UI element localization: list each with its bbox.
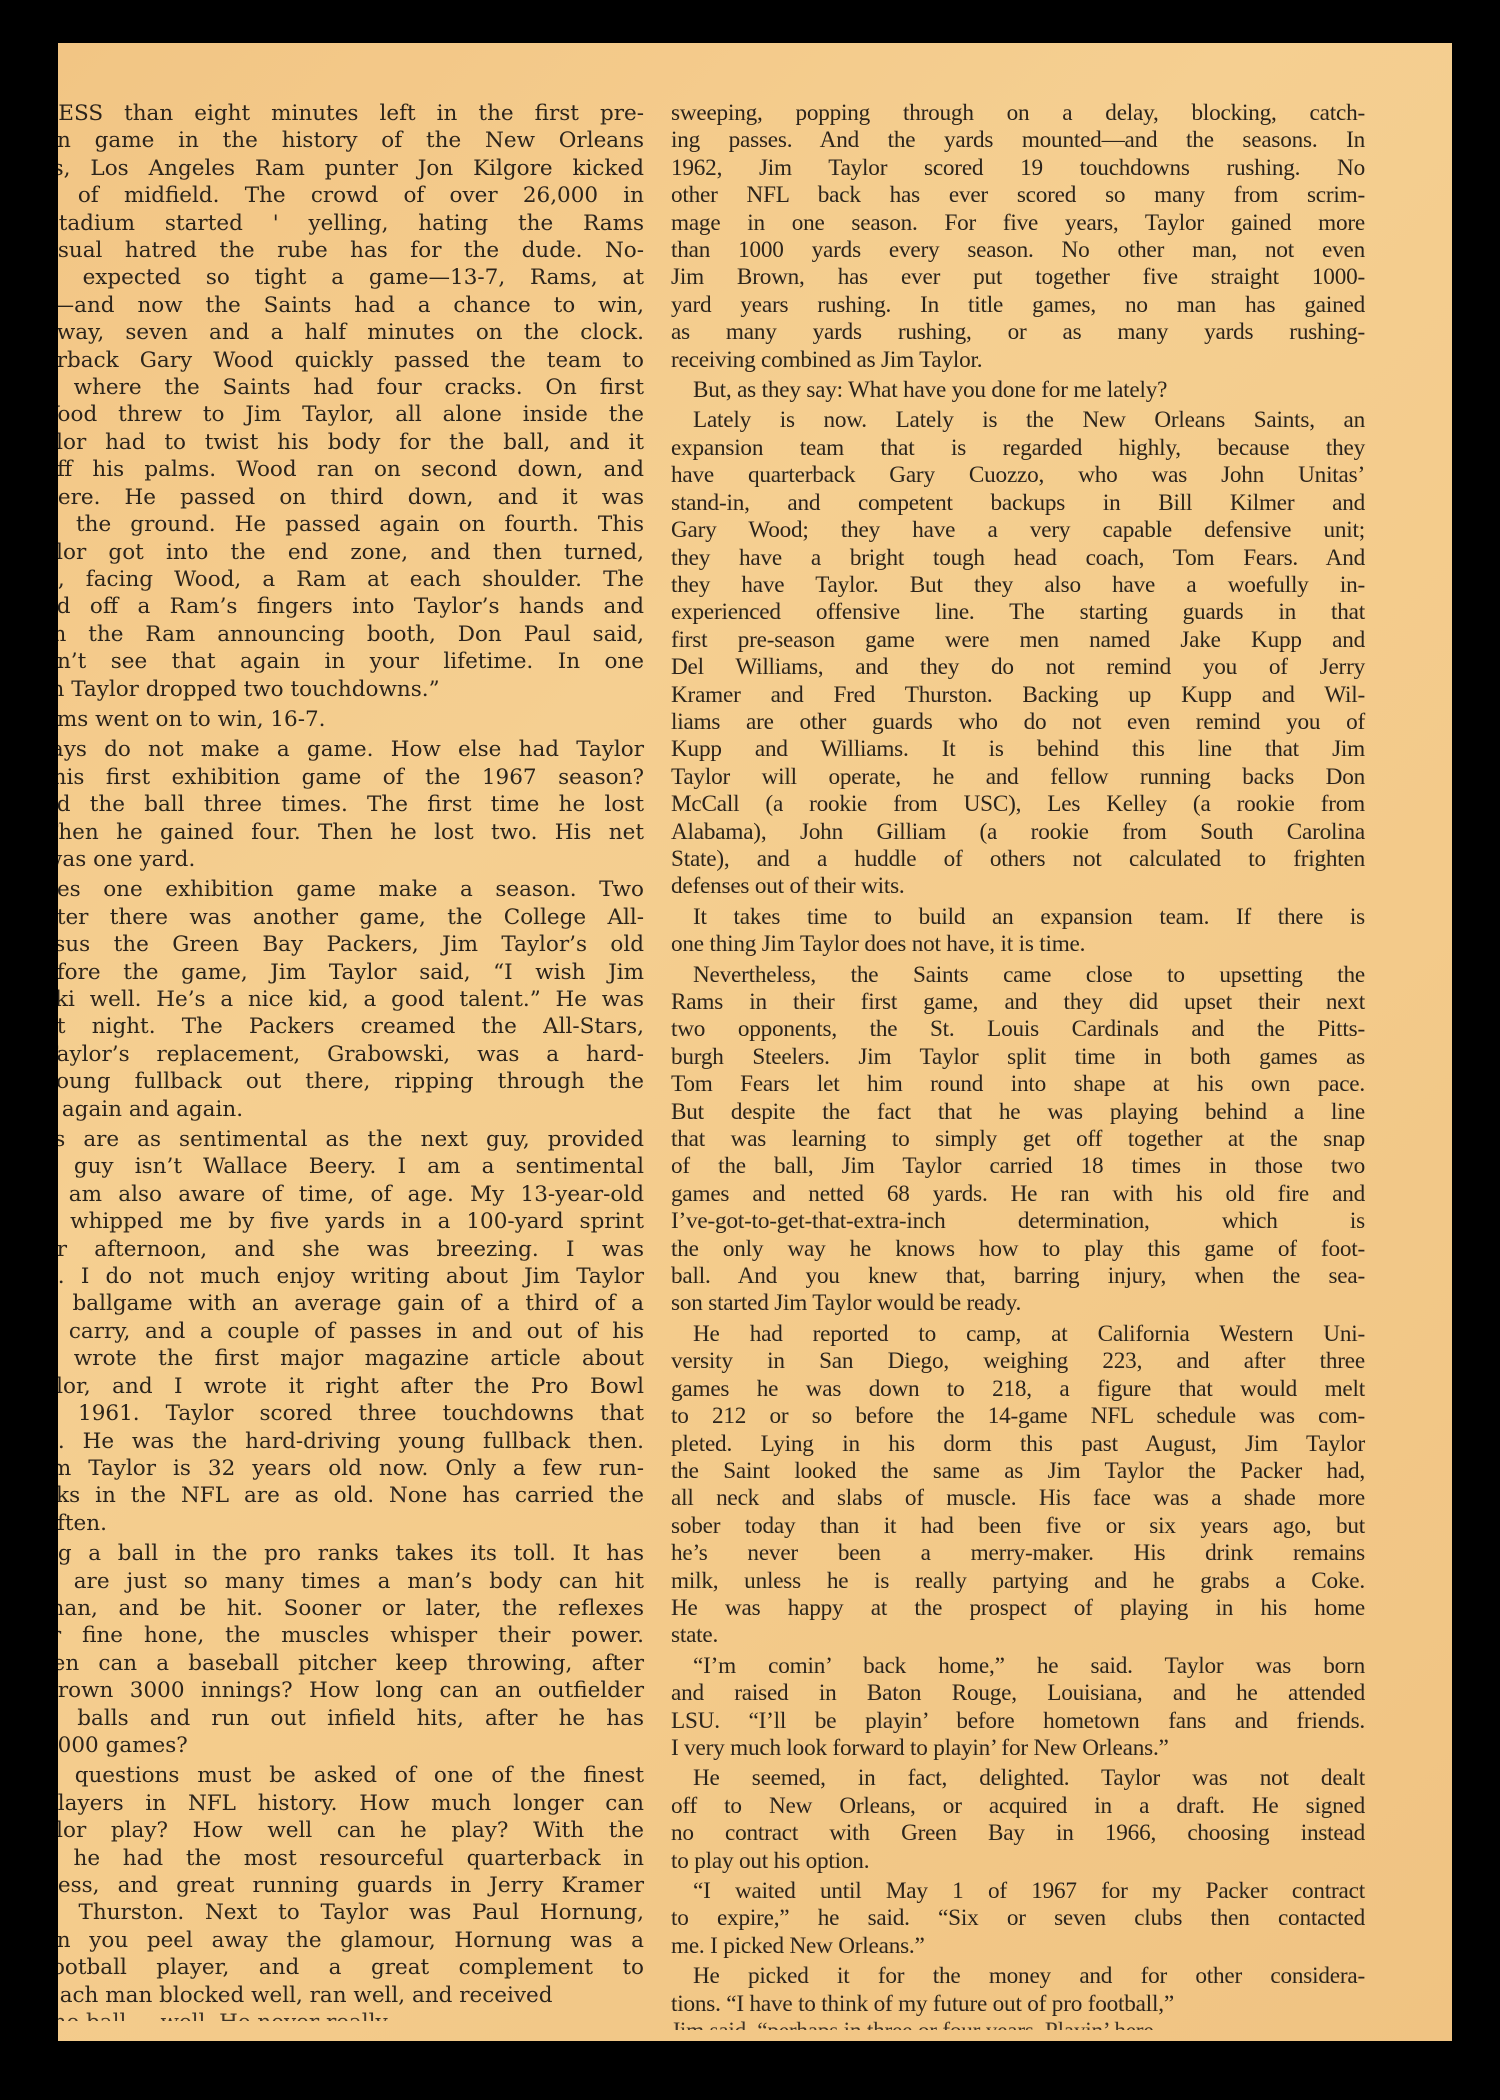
text-line: stand-in, and competent backups in Bill … [671,490,1365,517]
text-line: Gary Wood; they have a very capable defe… [671,517,1365,544]
text-line: defenses out of their wits. [671,873,1365,900]
text-line: 1962, Jim Taylor scored 19 touchdowns ru… [671,155,1365,182]
text-line: , where the Saints had four cracks. On f… [58,374,644,401]
text-line: ams went on to win, 16-7. [58,706,644,733]
text-line: “I’m comin’ back home,” he said. Taylor … [671,1653,1365,1680]
text-line: away, seven and a half minutes on the cl… [58,319,644,346]
text-line: Alabama), John Gilliam (a rookie from So… [671,819,1365,846]
text-line: ten can a baseball pitcher keep throwing… [58,1650,644,1677]
text-line: Jim Brown, has ever put together five st… [671,264,1365,291]
text-line: to expire,” he said. “Six or seven clubs… [671,1905,1365,1932]
text-line: sober today than it had been five or six… [671,1513,1365,1540]
text-line: I am also aware of time, of age. My 13-y… [58,1181,644,1208]
text-line: he’s never been a merry-maker. His drink… [671,1540,1365,1567]
text-line: Del Williams, and they do not remind you… [671,654,1365,681]
text-line: im Taylor is 32 years old now. Only a fe… [58,1455,644,1482]
text-line: rs are as sentimental as the next guy, p… [58,1126,644,1153]
article-paragraph: He seemed, in fact, delighted. Taylor wa… [671,1765,1365,1875]
article-paragraph: “I waited until May 1 of 1967 for my Pac… [671,1878,1365,1960]
text-line: ylor, and I wrote it right after the Pro… [58,1373,644,1400]
text-line: ness, and great running guards in Jerry … [58,1872,644,1899]
text-line: burgh Steelers. Jim Taylor split time in… [671,1044,1365,1071]
text-line: experienced offensive line. The starting… [671,599,1365,626]
text-line: one thing Jim Taylor does not have, it i… [671,931,1365,958]
text-line: o the ground. He passed again on fourth.… [58,511,644,538]
text-line: young fullback out there, ripping throug… [58,1068,644,1095]
text-line: ball. And you knew that, barring injury,… [671,1263,1365,1290]
text-line: ir fine hone, the muscles whisper their … [58,1622,644,1649]
text-line: receiving combined as Jim Taylor. [671,347,1365,374]
text-line: off his palms. Wood ran on second down, … [58,456,644,483]
text-line: I’ve-got-to-get-that-extra-inch determin… [671,1208,1365,1235]
text-line: Lately is now. Lately is the New Orleans… [671,407,1365,434]
text-line: of the ball, Jim Taylor carried 18 times… [671,1153,1365,1180]
text-line: liams are other guards who do not even r… [671,709,1365,736]
text-line: McCall (a rookie from USC), Les Kelley (… [671,791,1365,818]
text-line: tions. “I have to think of my future out… [671,1991,1365,2018]
article-paragraph: But, as they say: What have you done for… [671,377,1365,404]
text-line: sweeping, popping through on a delay, bl… [671,100,1365,127]
text-line: son started Jim Taylor would be ready. [671,1290,1365,1317]
text-line: milk, unless he is really partying and h… [671,1568,1365,1595]
text-line: ater there was another game, the College… [58,904,644,931]
text-line: yard years rushing. In title games, no m… [671,292,1365,319]
article-paragraph: “I’m comin’ back home,” he said. Taylor … [671,1653,1365,1763]
text-line: n, facing Wood, a Ram at each shoulder. … [58,566,644,593]
text-line: I wrote the first major magazine article… [58,1345,644,1372]
text-line: usual hatred the rube has for the dude. … [58,237,644,264]
magazine-page: LESS than eight minutes left in the firs… [58,43,1452,2041]
text-line: d Thurston. Next to Taylor was Paul Horn… [58,1899,644,1926]
text-line: a ballgame with an average gain of a thi… [58,1290,644,1317]
text-line: e are just so many times a man’s body ca… [58,1568,644,1595]
text-line: here. He passed on third down, and it wa… [58,484,644,511]
text-line: no contract with Green Bay in 1966, choo… [671,1820,1365,1847]
text-line: to 212 or so before the 14-game NFL sche… [671,1403,1365,1430]
text-line: Then he gained four. Then he lost two. H… [58,819,644,846]
text-line: state. [671,1622,1365,1649]
text-line: d expected so tight a game—13-7, Rams, a… [58,264,644,291]
text-line: ed off a Ram’s fingers into Taylor’s han… [58,593,644,620]
article-paragraph: oes one exhibition game make a season. T… [58,876,644,1123]
left-column: LESS than eight minutes left in the firs… [58,100,644,2021]
text-line: than 1000 yards every season. No other m… [671,237,1365,264]
text-line: But despite the fact that he was playing… [671,1099,1365,1126]
text-line: He was happy at the prospect of playing … [671,1595,1365,1622]
text-line: t—and now the Saints had a chance to win… [58,292,644,319]
article-paragraph: He had reported to camp, at California W… [671,1321,1365,1650]
text-line: n. He was the hard-driving young fullbac… [58,1428,644,1455]
article-paragraph: LESS than eight minutes left in the firs… [58,100,644,703]
text-line: ed the ball three times. The first time … [58,791,644,818]
text-line: have quarterback Gary Cuozzo, who was Jo… [671,462,1365,489]
text-line: ylor got into the end zone, and then tur… [58,539,644,566]
text-line: He seemed, in fact, delighted. Taylor wa… [671,1765,1365,1792]
text-line: s again and again. [58,1096,644,1123]
text-line: LESS than eight minutes left in the firs… [58,100,644,127]
text-line: ing passes. And the yards mounted—and th… [671,127,1365,154]
text-line: ts, Los Angeles Ram punter Jon Kilgore k… [58,155,644,182]
text-line: Taylor will operate, he and fellow runni… [671,764,1365,791]
article-paragraph: lays do not make a game. How else had Ta… [58,736,644,873]
text-line: Taylor’s replacement, Grabowski, was a h… [58,1041,644,1068]
text-line: the Saint looked the same as Jim Taylor … [671,1458,1365,1485]
text-line: this first exhibition game of the 1967 s… [58,764,644,791]
text-line: football player, and a great complement … [58,1954,644,1981]
text-line: In the Ram announcing booth, Don Paul sa… [58,621,644,648]
article-paragraph: It takes time to build an expansion team… [671,904,1365,959]
article-paragraph: e questions must be asked of one of the … [58,1762,644,2009]
text-line: often. [58,1510,644,1537]
text-line: rsus the Green Bay Packers, Jim Taylor’s… [58,931,644,958]
article-paragraph: Nevertheless, the Saints came close to u… [671,962,1365,1318]
article-paragraph: ng a ball in the pro ranks takes its tol… [58,1540,644,1759]
text-line: man, and be hit. Sooner or later, the re… [58,1595,644,1622]
text-line: other NFL back has ever scored so many f… [671,182,1365,209]
text-line: ski well. He’s a nice kid, a good talent… [58,986,644,1013]
text-line: “I waited until May 1 of 1967 for my Pac… [671,1878,1365,1905]
text-line: e questions must be asked of one of the … [58,1762,644,1789]
text-line: cks in the NFL are as old. None has carr… [58,1482,644,1509]
text-line: that was learning to simply get off toge… [671,1126,1365,1153]
text-line: the only way he knows how to play this g… [671,1236,1365,1263]
text-line: hrown 3000 innings? How long can an outf… [58,1677,644,1704]
text-line: to play out his option. [671,1848,1365,1875]
text-line: Nevertheless, the Saints came close to u… [671,962,1365,989]
text-line: Rams in their first game, and they did u… [671,989,1365,1016]
text-line: He picked it for the money and for other… [671,1963,1365,1990]
text-line: Vood threw to Jim Taylor, all alone insi… [58,401,644,428]
text-line: f 1961. Taylor scored three touchdowns t… [58,1400,644,1427]
text-line: Tom Fears let him round into shape at hi… [671,1071,1365,1098]
text-line: r carry, and a couple of passes in and o… [58,1318,644,1345]
text-line: en you peel away the glamour, Hornung wa… [58,1927,644,1954]
text-line: was one yard. [58,846,644,873]
text-line: versity in San Diego, weighing 223, and … [671,1348,1365,1375]
text-line: y balls and run out infield hits, after … [58,1705,644,1732]
text-line: ylor play? How well can he play? With th… [58,1817,644,1844]
text-line: expansion team that is regarded highly, … [671,435,1365,462]
text-line: two opponents, the St. Louis Cardinals a… [671,1016,1365,1043]
text-line: players in NFL history. How much longer … [58,1790,644,1817]
article-paragraph: ams went on to win, 16-7. [58,706,644,733]
article-paragraph: Lately is now. Lately is the New Orleans… [671,407,1365,900]
text-line: pleted. Lying in his dorm this past Augu… [671,1431,1365,1458]
text-line: Each man blocked well, ran well, and rec… [58,1982,644,2009]
text-line: me. I picked New Orleans.” [671,1933,1365,1960]
text-line: LSU. “I’ll be playin’ before hometown fa… [671,1708,1365,1735]
text-line: , he had the most resourceful quarterbac… [58,1845,644,1872]
text-line: they have a bright tough head coach, Tom… [671,545,1365,572]
article-paragraph: rs are as sentimental as the next guy, p… [58,1126,644,1537]
article-paragraph: He picked it for the money and for other… [671,1963,1365,2018]
text-line: ng a ball in the pro ranks takes its tol… [58,1540,644,1567]
text-line: first pre-season game were men named Jak… [671,627,1365,654]
text-line: er afternoon, and she was breezing. I wa… [58,1236,644,1263]
text-line: State), and a huddle of others not calcu… [671,846,1365,873]
text-line: r whipped me by five yards in a 100-yard… [58,1208,644,1235]
text-line: 2000 games? [58,1732,644,1759]
text-line: g. I do not much enjoy writing about Jim… [58,1263,644,1290]
text-line: as many yards rushing, or as many yards … [671,319,1365,346]
text-line: on game in the history of the New Orlean… [58,127,644,154]
text-line: But, as they say: What have you done for… [671,377,1365,404]
text-line: ylor had to twist his body for the ball,… [58,429,644,456]
article-paragraph: sweeping, popping through on a delay, bl… [671,100,1365,374]
text-line: they have Taylor. But they also have a w… [671,572,1365,599]
text-line: games and netted 68 yards. He ran with h… [671,1181,1365,1208]
text-line: t guy isn’t Wallace Beery. I am a sentim… [58,1153,644,1180]
text-line: and raised in Baton Rouge, Louisiana, an… [671,1680,1365,1707]
text-line: on’t see that again in your lifetime. In… [58,648,644,675]
text-line: I very much look forward to playin’ for … [671,1735,1365,1762]
text-line: It takes time to build an expansion team… [671,904,1365,931]
text-line: mage in one season. For five years, Tayl… [671,210,1365,237]
text-line: oes one exhibition game make a season. T… [58,876,644,903]
text-line: Kramer and Fred Thurston. Backing up Kup… [671,682,1365,709]
text-line: m Taylor dropped two touchdowns.” [58,676,644,703]
text-line: He had reported to camp, at California W… [671,1321,1365,1348]
text-line: at night. The Packers creamed the All-St… [58,1013,644,1040]
right-column: sweeping, popping through on a delay, bl… [671,100,1365,2030]
text-line: games he was down to 218, a figure that … [671,1376,1365,1403]
text-line: lays do not make a game. How else had Ta… [58,736,644,763]
text-line: Stadium started ' yelling, hating the Ra… [58,210,644,237]
text-line: all neck and slabs of muscle. His face w… [671,1485,1365,1512]
text-line: erback Gary Wood quickly passed the team… [58,347,644,374]
text-line: Kupp and Williams. It is behind this lin… [671,736,1365,763]
text-line: t of midfield. The crowd of over 26,000 … [58,182,644,209]
text-line: efore the game, Jim Taylor said, “I wish… [58,959,644,986]
cut-off-text-line: the ball ... well. He never really [58,2009,644,2021]
cut-off-text-line: Jim said, “perhaps in three or four year… [671,2018,1365,2030]
text-line: off to New Orleans, or acquired in a dra… [671,1793,1365,1820]
